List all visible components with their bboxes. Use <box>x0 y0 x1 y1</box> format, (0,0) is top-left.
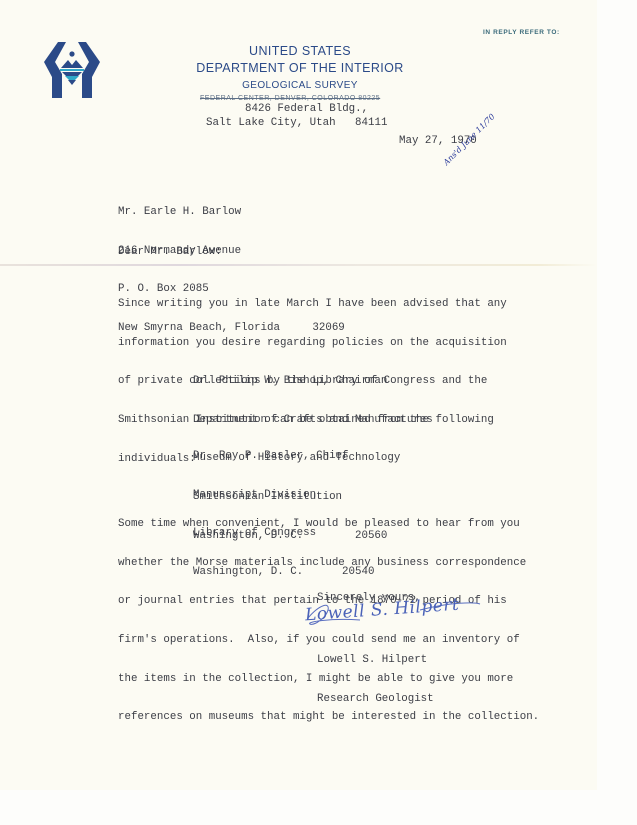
reply-refer-label: IN REPLY REFER TO: <box>483 29 560 36</box>
text-line: information you desire regarding policie… <box>118 337 507 350</box>
letterhead-country: UNITED STATES <box>220 44 380 58</box>
signer-block: Lowell S. Hilpert Research Geologist <box>317 628 434 731</box>
sender-address-line2: Salt Lake City, Utah 84111 <box>206 117 387 130</box>
letter-sheet: UNITED STATES DEPARTMENT OF THE INTERIOR… <box>0 0 597 790</box>
recipient-line: Mr. Earle H. Barlow <box>118 206 345 219</box>
contact-line: Dr. Philip W. Bishop, Chairman <box>193 375 433 388</box>
letterhead-department: DEPARTMENT OF THE INTERIOR <box>190 61 410 75</box>
text-line: whether the Morse materials include any … <box>118 557 539 570</box>
text-line: Since writing you in late March I have b… <box>118 298 507 311</box>
struck-address: FEDERAL CENTER, DENVER, COLORADO 80225 <box>200 95 380 102</box>
doi-logo-icon <box>42 40 102 100</box>
text-line: Some time when convenient, I would be pl… <box>118 518 539 531</box>
contact-line: Dr. Roy P. Basler, Chief <box>193 450 374 463</box>
signer-title: Research Geologist <box>317 693 434 706</box>
letterhead-agency: GEOLOGICAL SURVEY <box>230 80 370 91</box>
signer-name: Lowell S. Hilpert <box>317 654 434 667</box>
salutation: Dear Mr. Barlow: <box>118 246 222 259</box>
sender-address-line1: 8426 Federal Bldg., <box>245 103 368 116</box>
